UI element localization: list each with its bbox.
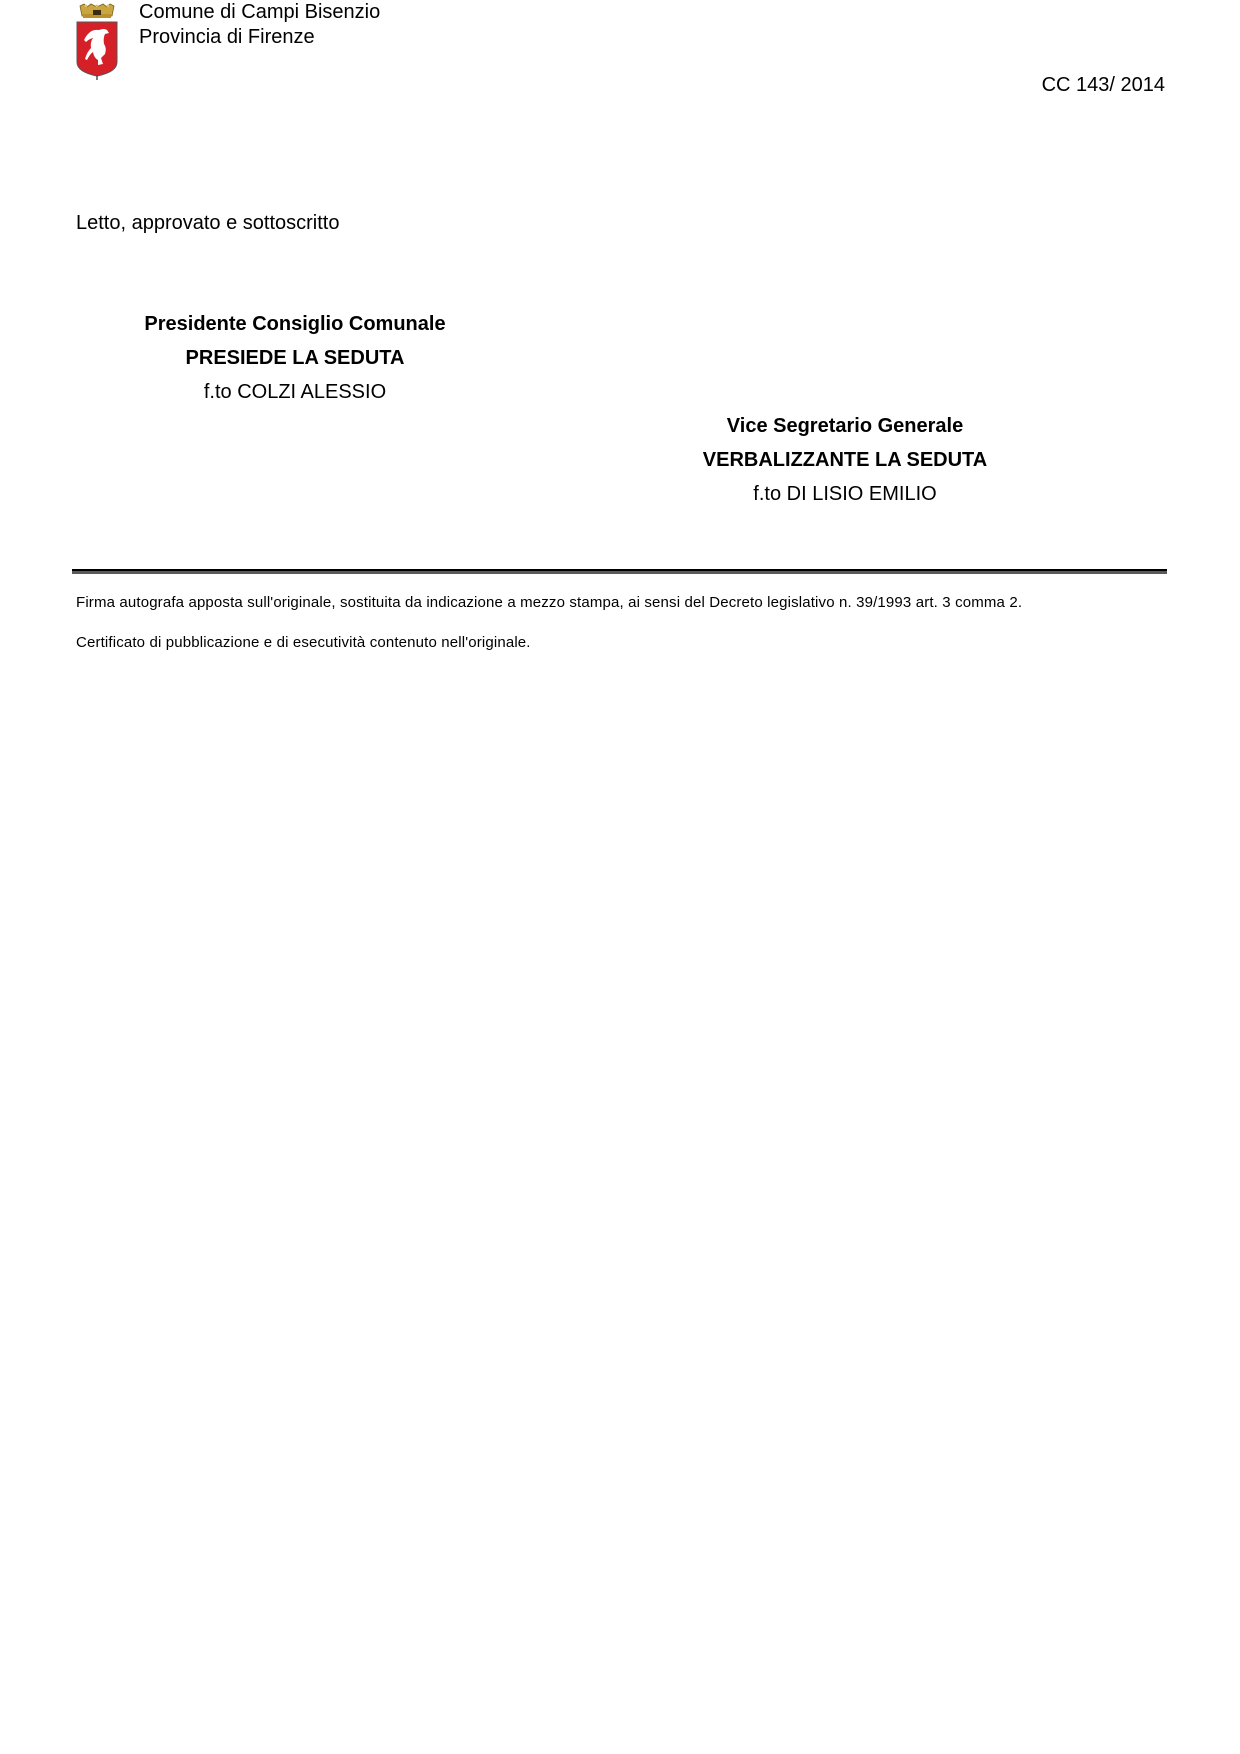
footnote-certificate: Certificato di pubblicazione e di esecut… (76, 634, 531, 652)
municipality-name: Comune di Campi Bisenzio (139, 0, 380, 24)
province-name: Provincia di Firenze (139, 25, 315, 49)
signer-role: Presidente Consiglio Comunale (65, 307, 525, 341)
signature-block-secretary: Vice Segretario Generale VERBALIZZANTE L… (615, 409, 1075, 511)
signature-block-president: Presidente Consiglio Comunale PRESIEDE L… (65, 307, 525, 409)
signer-role: Vice Segretario Generale (615, 409, 1075, 443)
signer-name: f.to DI LISIO EMILIO (615, 477, 1075, 511)
signer-function: VERBALIZZANTE LA SEDUTA (615, 443, 1075, 477)
signer-function: PRESIEDE LA SEDUTA (65, 341, 525, 375)
footnote-signature: Firma autografa apposta sull'originale, … (76, 594, 1022, 612)
separator-rule (72, 569, 1167, 574)
signer-name: f.to COLZI ALESSIO (65, 375, 525, 409)
document-reference: CC 143/ 2014 (1042, 73, 1165, 97)
approval-statement: Letto, approvato e sottoscritto (76, 211, 340, 235)
coat-of-arms-icon (74, 2, 120, 80)
